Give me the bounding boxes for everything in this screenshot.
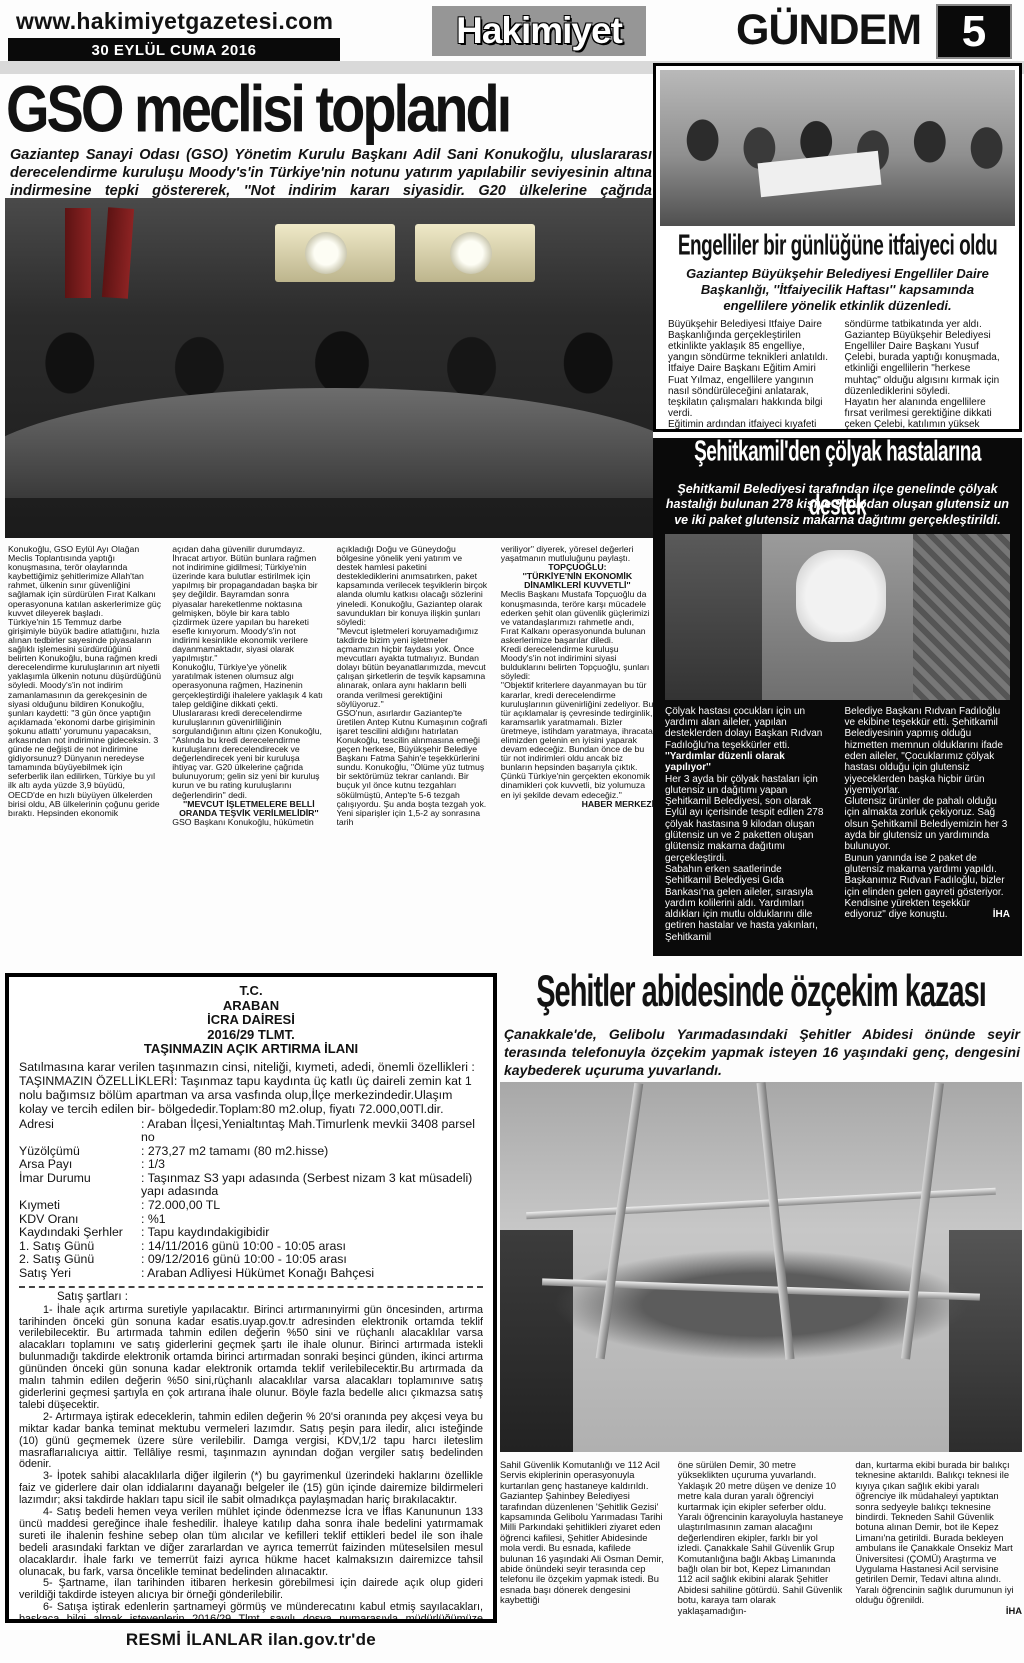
sehitler-signature: İHA (855, 1606, 1022, 1616)
legal-row-satis-yeri: Satış Yeri: Araban Adliyesi Hükümet Kona… (19, 1267, 483, 1281)
engelliler-column-1: Büyükşehir Belediyesi İtfaiye Daire Başk… (668, 319, 831, 432)
logo-text: Hakimiyet (456, 10, 622, 52)
engelliler-column-2: söndürme tatbikatında yer aldı. Gaziante… (845, 319, 1008, 432)
legal-terms: 1- İhale açık artırma suretiyle yapılaca… (19, 1305, 483, 1623)
legal-title-icra: İCRA DAİRESİ (19, 1013, 483, 1028)
gso-inline-heading: ''MEVCUT İŞLETMELERE BELLİ ORANDA TEŞVİK… (172, 800, 325, 818)
oda-logo-disc (305, 232, 347, 274)
legal-detail-rows: Adresi: Araban İlçesi,Yenialtıntaş Mah.T… (19, 1118, 483, 1281)
gso-column-3: açıkladığı Doğu ve Güneydoğu bölgesine y… (337, 545, 490, 933)
legal-terms-heading: Satış şartları : (19, 1291, 483, 1303)
website-url: www.hakimiyetgazetesi.com (16, 8, 333, 35)
legal-term-6: 6- Satışa iştirak edenlerin şartnameyi g… (19, 1602, 483, 1623)
legal-row-arsa-payi: Arsa Payı: 1/3 (19, 1158, 483, 1172)
sehitkamil-columns: Çölyak hastası çocukları için un yardımı… (665, 706, 1010, 954)
legal-row-satis2: 2. Satış Günü: 09/12/2016 günü 10:00 - 1… (19, 1253, 483, 1267)
article-sehitkamil: Şehitkamil'den çölyak hastalarına destek… (653, 438, 1022, 956)
sehitler-column-1: Sahil Güvenlik Komutanlığı ve 112 Acil S… (500, 1460, 667, 1658)
issue-date: 30 EYLÜL CUMA 2016 (92, 42, 257, 59)
newspaper-logo: Hakimiyet (432, 6, 646, 56)
sehitler-column-3: dan, kurtarma ekibi burada bir balıkçı t… (855, 1460, 1022, 1658)
crowd-silhouettes (660, 70, 1015, 226)
section-title: GÜNDEM (736, 6, 921, 55)
person-silhouette (665, 534, 762, 700)
legal-term-4: 4- Satış bedeli hemen veya verilen mühle… (19, 1507, 483, 1578)
sehitkamil-column-1: Çölyak hastası çocukları için un yardımı… (665, 706, 831, 954)
legal-term-3: 3- İpotek sahibi alacaklılarla diğer ilg… (19, 1471, 483, 1507)
legal-row-imar: İmar Durumu: Taşınmaz S3 yapı adasında (… (19, 1172, 483, 1199)
sehitler-stretcher-photo (500, 1082, 1022, 1452)
legal-row-kdv: KDV Oranı: %1 (19, 1213, 483, 1227)
engelliler-group-photo (660, 70, 1015, 226)
legal-row-kiymet: Kıymeti: 72.000,00 TL (19, 1199, 483, 1213)
sehitkamil-inline-subhead: ''Yardımlar düzenli olarak yapılıyor'' (665, 751, 831, 774)
gso-signature: HABER MERKEZİ (501, 800, 654, 809)
legal-row-adres: Adresi: Araban İlçesi,Yenialtıntaş Mah.T… (19, 1118, 483, 1145)
person-silhouette (913, 534, 1010, 700)
oda-logo-disc (450, 232, 492, 274)
gso-headline: GSO meclisi toplandı (6, 80, 654, 138)
gso-body-columns: Konukoğlu, GSO Eylül Ayı Olağan Meclis T… (8, 545, 654, 933)
gso-inline-heading-topcuoglu: TOPÇUOĞLU: ''TÜRKİYE'NİN EKONOMİK DİNAMİ… (501, 563, 654, 590)
legal-term-5: 5- Şartname, ilan tarihinden itibaren he… (19, 1578, 483, 1602)
legal-row-yuzolcumu: Yüzölçümü: 273,27 m2 tamamı (80 m2.hisse… (19, 1145, 483, 1159)
legal-title-araban: ARABAN (19, 999, 483, 1014)
sehitler-columns: Sahil Güvenlik Komutanlığı ve 112 Acil S… (500, 1460, 1022, 1658)
sehitkamil-headline: Şehitkamil'den çölyak hastalarına destek (665, 444, 1010, 482)
legal-term-1: 1- İhale açık artırma suretiyle yapılaca… (19, 1305, 483, 1412)
engelliler-headline: Engelliler bir günlüğüne itfaiyeci oldu (660, 230, 1015, 266)
flour-sack-shape (796, 550, 886, 641)
flag-shape (102, 207, 134, 299)
legal-row-satis1: 1. Satış Günü: 14/11/2016 günü 10:00 - 1… (19, 1240, 483, 1254)
engelliler-subhead: Gaziantep Büyükşehir Belediyesi Engellil… (668, 266, 1007, 314)
article-engelliler: Engelliler bir günlüğüne itfaiyeci oldu … (653, 63, 1022, 432)
gso-column-2: açıdan daha güvenilir durumdayız. İhraca… (172, 545, 325, 933)
flag-shape (65, 208, 91, 298)
page-number: 5 (936, 4, 1012, 59)
legal-title-tc: T.C. (19, 984, 483, 999)
legal-row-serhler: Kaydındaki Şerhler: Tapu kaydındakigibid… (19, 1226, 483, 1240)
date-bar: 30 EYLÜL CUMA 2016 (8, 38, 340, 62)
legal-intro: Satılmasına karar verilen taşınmazın cin… (19, 1060, 483, 1116)
sehitler-headline: Şehitler abidesinde özçekim kazası (498, 966, 1024, 1020)
legal-title-ilan: TAŞINMAZIN AÇIK ARTIRMA İLANI (19, 1042, 483, 1057)
gso-column-1: Konukoğlu, GSO Eylül Ayı Olağan Meclis T… (8, 545, 161, 933)
legal-notice: T.C. ARABAN İCRA DAİRESİ 2016/29 TLMT. T… (5, 973, 497, 1623)
resmi-ilanlar-footer: RESMİ İLANLAR ilan.gov.tr'de (5, 1630, 497, 1650)
sehitkamil-aid-photo (665, 534, 1010, 700)
dashed-separator (19, 1286, 483, 1288)
gso-meeting-photo (5, 198, 653, 538)
sehitler-lead: Çanakkale'de, Gelibolu Yarımadasındaki Ş… (504, 1026, 1020, 1080)
newspaper-page: www.hakimiyetgazetesi.com 30 EYLÜL CUMA … (0, 0, 1024, 1663)
engelliler-columns: Büyükşehir Belediyesi İtfaiye Daire Başk… (668, 319, 1007, 432)
legal-title-dosya: 2016/29 TLMT. (19, 1028, 483, 1043)
sehitkamil-column-2: Belediye Başkanı Rıdvan Fadıloğlu ve eki… (845, 706, 1011, 954)
sehitler-column-2: öne sürülen Demir, 30 metre yükseklikten… (678, 1460, 845, 1658)
gso-column-4: veriliyor'' diyerek, yöresel değerleri y… (501, 545, 654, 933)
legal-term-2: 2- Artırmaya iştirak edeceklerin, tahmin… (19, 1412, 483, 1472)
sehitkamil-signature: İHA (993, 909, 1010, 920)
